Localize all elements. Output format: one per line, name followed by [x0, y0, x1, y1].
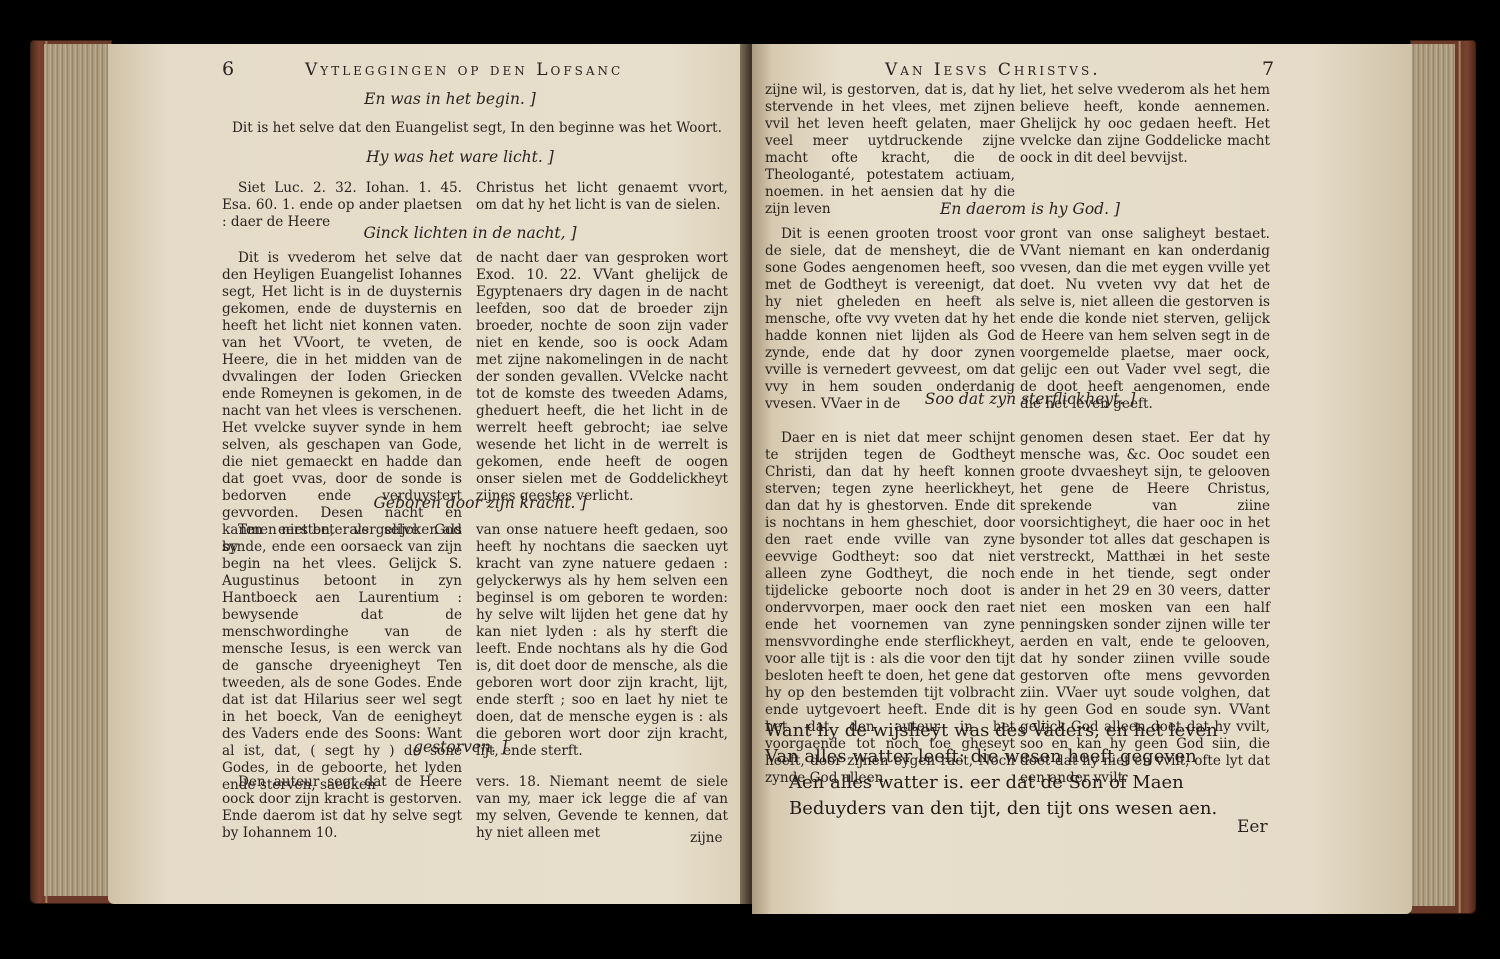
- column-right: de nacht daer van gesproken wort Exod. 1…: [476, 250, 728, 505]
- section-heading: En daerom is hy God. ]: [880, 200, 1180, 218]
- section-heading: Ginck lichten in de nacht, ]: [350, 224, 590, 242]
- verse-block: Want hy de wijsheyt was des Vaders, en h…: [765, 718, 1218, 822]
- running-head-left: Vytleggingen op den Lofsanc: [305, 60, 623, 80]
- section-heading: Soo dat zyn sterflickheyt. ]: [880, 390, 1180, 408]
- catchword-right: Eer: [1237, 817, 1268, 837]
- column-left: Den auteur segt dat de Heere oock door z…: [222, 774, 462, 842]
- catchword-left: zijne: [690, 830, 723, 847]
- page-number-right: 7: [1262, 58, 1274, 80]
- verse-line: Want hy de wijsheyt was des Vaders, en h…: [765, 718, 1218, 744]
- column-right: Christus het licht genaemt vvort, om dat…: [476, 180, 728, 214]
- verse-line: Beduyders van den tijt, den tijt ons wes…: [765, 796, 1218, 822]
- section-heading: En was in het begin. ]: [300, 90, 600, 108]
- page-number-left: 6: [222, 58, 234, 80]
- section-heading: Geboren door zijn kracht. ]: [360, 494, 600, 512]
- column-right: liet, het selve vvederom als het hem bel…: [1020, 82, 1270, 167]
- column-left: Dit is eenen grooten troost voor de siel…: [765, 226, 1015, 413]
- left-page-edges: [44, 44, 114, 896]
- verse-line: Aen alles watter is. eer dat de Son of M…: [765, 770, 1218, 796]
- column-left: zijne wil, is gestorven, dat is, dat hy …: [765, 82, 1015, 218]
- paragraph: Dit is het selve dat den Euangelist segt…: [232, 120, 732, 137]
- column-right: van onse natuere heeft gedaen, soo heeft…: [476, 522, 728, 760]
- section-heading: gestorven. ]: [400, 738, 520, 756]
- section-heading: Hy was het ware licht. ]: [320, 148, 600, 166]
- column-right: gront van onse saligheyt bestaet. VVant …: [1020, 226, 1270, 413]
- running-head-right: Van Iesvs Christvs.: [885, 60, 1101, 80]
- verse-line: Van alles watter leeft: die wesen heeft …: [765, 744, 1218, 770]
